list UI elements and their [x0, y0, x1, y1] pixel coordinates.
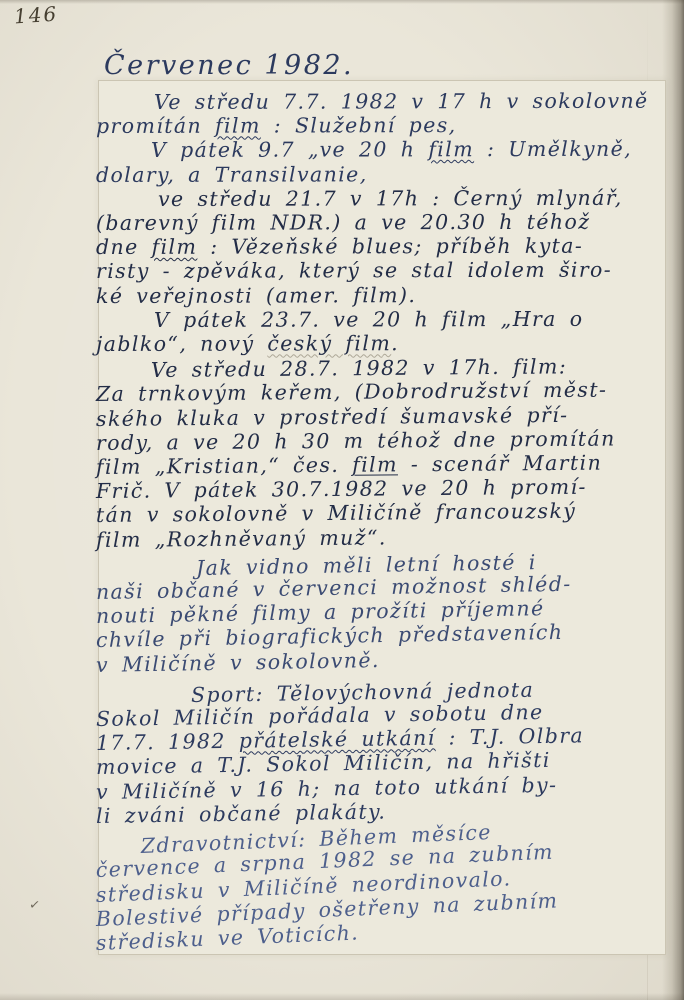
chronicle-page: 146 Červenec 1982. Ve středu 7.7. 1982 v…	[0, 0, 684, 1000]
manuscript-line: dne film : Vězeňské blues; příběh kyta-	[96, 234, 668, 260]
phrase: dne	[96, 235, 152, 259]
manuscript-line: V pátek 9.7 „ve 20 h film : Umělkyně,	[151, 137, 668, 163]
phrase: promítán	[96, 114, 215, 138]
margin-check-mark: ✓	[28, 897, 41, 913]
manuscript-line: film „Rozhněvaný muž“.	[96, 523, 668, 552]
phrase: film „Rozhněvaný muž“.	[96, 525, 387, 552]
manuscript-line: ké veřejnosti (amer. film).	[96, 282, 668, 308]
page-edge-shadow-top	[0, 0, 684, 4]
phrase: (barevný film NDR.) a ve 20.30 h téhož	[96, 210, 591, 235]
phrase: ského kluka v prostředí šumavské pří-	[96, 403, 569, 431]
page-title: Červenec 1982.	[104, 50, 354, 81]
manuscript-line: V pátek 23.7. ve 20 h film „Hra o	[154, 306, 668, 332]
phrase: ké veřejnosti (amer. film).	[96, 283, 416, 308]
page-number: 146	[13, 1, 59, 28]
phrase: li zváni občané plakáty.	[96, 799, 387, 828]
phrase: risty - zpěváka, který se stal idolem ši…	[96, 258, 612, 283]
phrase: ve středu 21.7 v 17h : Černý mlynář,	[158, 186, 623, 211]
page-edge-shadow-bottom	[0, 993, 684, 1000]
manuscript-line: dolary, a Transilvanie,	[96, 161, 668, 187]
phrase: tán v sokolovně v Miličíně francouzský	[96, 499, 576, 527]
phrase: V pátek 9.7 „ve 20 h	[151, 138, 428, 163]
underlined-phrase: český film	[267, 331, 391, 355]
manuscript-line: promítán film : Služební pes,	[96, 113, 668, 139]
manuscript-line: (barevný film NDR.) a ve 20.30 h téhož	[96, 210, 668, 236]
phrase: jablko“, nový	[96, 332, 267, 356]
phrase: film „Kristian,“ čes.	[96, 453, 352, 479]
manuscript-line: ve středu 21.7 v 17h : Černý mlynář,	[158, 185, 668, 211]
phrase: : T.J. Olbra	[435, 724, 584, 750]
underlined-phrase: film	[215, 114, 261, 138]
phrase: v Miličíně v sokolovně.	[96, 648, 380, 677]
underlined-phrase: film	[352, 452, 398, 476]
phrase: .	[391, 331, 399, 355]
underlined-phrase: film	[428, 138, 474, 162]
phrase: dolary, a Transilvanie,	[96, 162, 368, 187]
manuscript-lines: Ve středu 7.7. 1982 v 17 h v sokolovněpr…	[96, 90, 668, 955]
phrase: : Služební pes,	[261, 113, 457, 138]
underlined-phrase: film	[152, 235, 198, 259]
manuscript-line: jablko“, nový český film.	[96, 331, 668, 357]
underlined-phrase: přátelské utkání	[239, 726, 436, 753]
phrase: 17.7. 1982	[96, 729, 239, 755]
manuscript-line: risty - zpěváka, který se stal idolem ši…	[96, 258, 668, 284]
phrase: V pátek 23.7. ve 20 h film „Hra o	[154, 307, 583, 332]
phrase: - scenář Martin	[398, 451, 602, 477]
phrase: : Vězeňské blues; příběh kyta-	[197, 234, 583, 259]
phrase: Za trnkovým keřem, (Dobrodružství měst-	[96, 378, 607, 406]
phrase: : Umělkyně,	[474, 137, 632, 161]
manuscript-line: Ve středu 7.7. 1982 v 17 h v sokolovně	[154, 89, 668, 115]
phrase: Ve středu 7.7. 1982 v 17 h v sokolovně	[154, 89, 649, 114]
